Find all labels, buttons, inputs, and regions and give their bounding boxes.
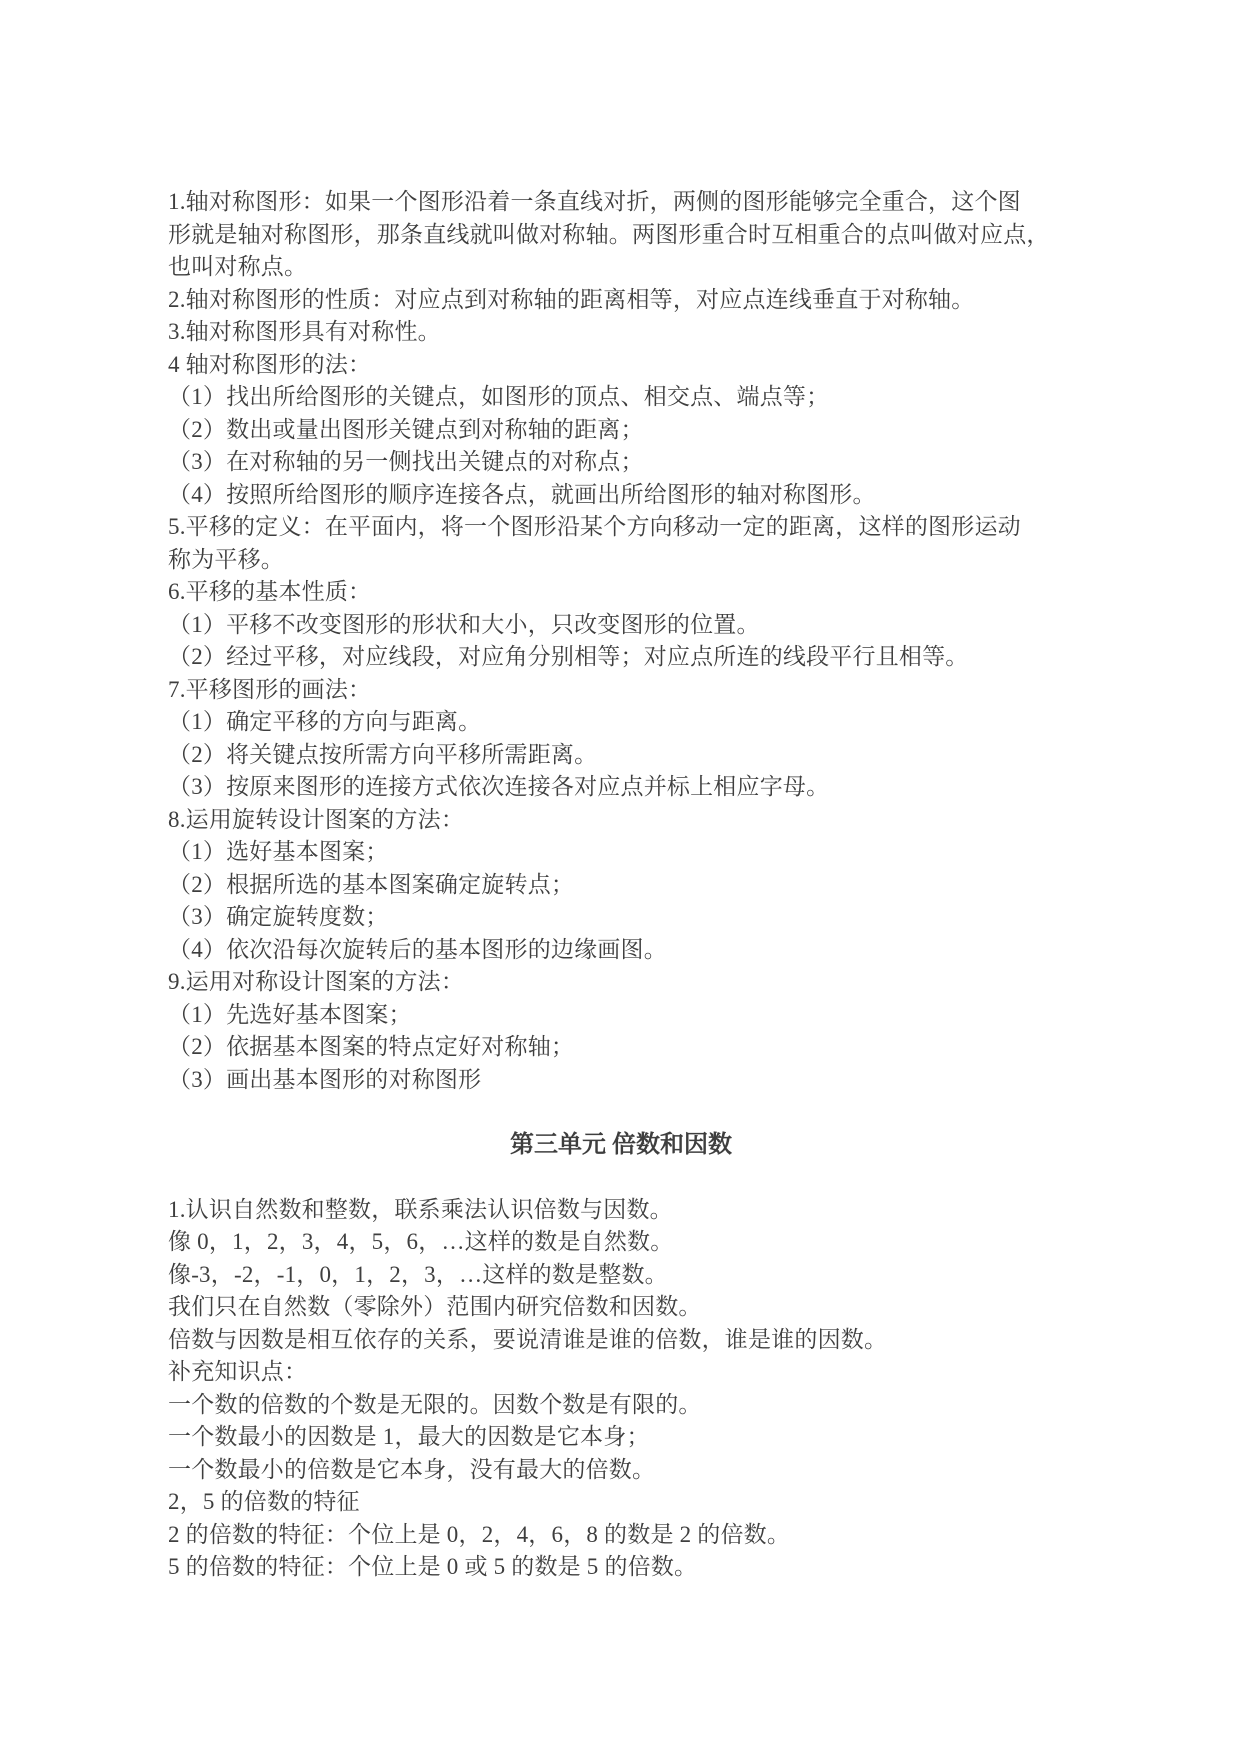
text-line: 倍数与因数是相互依存的关系，要说清谁是谁的倍数，谁是谁的因数。 xyxy=(168,1324,1074,1357)
text-line: （3）画出基本图形的对称图形 xyxy=(168,1064,1074,1097)
unit3-heading: 第三单元 倍数和因数 xyxy=(168,1129,1074,1162)
section-multiples-factors-notes: 1.认识自然数和整数，联系乘法认识倍数与因数。像 0，1，2，3，4，5，6，…… xyxy=(168,1194,1074,1584)
text-line: （4）按照所给图形的顺序连接各点，就画出所给图形的轴对称图形。 xyxy=(168,479,1074,512)
text-line: 补充知识点： xyxy=(168,1356,1074,1389)
text-line: 一个数的倍数的个数是无限的。因数个数是有限的。 xyxy=(168,1389,1074,1422)
text-line: 形就是轴对称图形，那条直线就叫做对称轴。两图形重合时互相重合的点叫做对应点， xyxy=(168,219,1074,252)
text-line: （2）根据所选的基本图案确定旋转点； xyxy=(168,869,1074,902)
text-line: 1.认识自然数和整数，联系乘法认识倍数与因数。 xyxy=(168,1194,1074,1227)
document-page: 1.轴对称图形：如果一个图形沿着一条直线对折，两侧的图形能够完全重合，这个图形就… xyxy=(0,0,1241,1754)
text-line: 5.平移的定义：在平面内，将一个图形沿某个方向移动一定的距离，这样的图形运动 xyxy=(168,511,1074,544)
text-line: 也叫对称点。 xyxy=(168,251,1074,284)
text-line: 3.轴对称图形具有对称性。 xyxy=(168,316,1074,349)
text-line: 像-3，-2，-1，0，1，2，3，…这样的数是整数。 xyxy=(168,1259,1074,1292)
text-line: 1.轴对称图形：如果一个图形沿着一条直线对折，两侧的图形能够完全重合，这个图 xyxy=(168,186,1074,219)
text-line: （4）依次沿每次旋转后的基本图形的边缘画图。 xyxy=(168,934,1074,967)
text-line: 9.运用对称设计图案的方法： xyxy=(168,966,1074,999)
text-line: 称为平移。 xyxy=(168,544,1074,577)
text-line: 7.平移图形的画法： xyxy=(168,674,1074,707)
section-symmetry-translation-notes: 1.轴对称图形：如果一个图形沿着一条直线对折，两侧的图形能够完全重合，这个图形就… xyxy=(168,186,1074,1096)
text-line: （3）按原来图形的连接方式依次连接各对应点并标上相应字母。 xyxy=(168,771,1074,804)
text-line: （2）依据基本图案的特点定好对称轴； xyxy=(168,1031,1074,1064)
text-line: （1）找出所给图形的关键点，如图形的顶点、相交点、端点等； xyxy=(168,381,1074,414)
text-line: 一个数最小的倍数是它本身，没有最大的倍数。 xyxy=(168,1454,1074,1487)
text-line: 像 0，1，2，3，4，5，6，…这样的数是自然数。 xyxy=(168,1226,1074,1259)
text-line: （3）在对称轴的另一侧找出关键点的对称点； xyxy=(168,446,1074,479)
text-line: （2）将关键点按所需方向平移所需距离。 xyxy=(168,739,1074,772)
text-line: （3）确定旋转度数； xyxy=(168,901,1074,934)
text-line: 2，5 的倍数的特征 xyxy=(168,1486,1074,1519)
text-line: （2）数出或量出图形关键点到对称轴的距离； xyxy=(168,414,1074,447)
text-line: （1）选好基本图案； xyxy=(168,836,1074,869)
text-line: （1）确定平移的方向与距离。 xyxy=(168,706,1074,739)
text-line: （1）平移不改变图形的形状和大小，只改变图形的位置。 xyxy=(168,609,1074,642)
text-line: 5 的倍数的特征：个位上是 0 或 5 的数是 5 的倍数。 xyxy=(168,1551,1074,1584)
text-line: 我们只在自然数（零除外）范围内研究倍数和因数。 xyxy=(168,1291,1074,1324)
text-line: （1）先选好基本图案； xyxy=(168,999,1074,1032)
text-line: 8.运用旋转设计图案的方法： xyxy=(168,804,1074,837)
document-content: 1.轴对称图形：如果一个图形沿着一条直线对折，两侧的图形能够完全重合，这个图形就… xyxy=(168,186,1074,1584)
text-line: 一个数最小的因数是 1，最大的因数是它本身； xyxy=(168,1421,1074,1454)
text-line: 2.轴对称图形的性质：对应点到对称轴的距离相等，对应点连线垂直于对称轴。 xyxy=(168,284,1074,317)
text-line: 4 轴对称图形的法： xyxy=(168,349,1074,382)
text-line: 6.平移的基本性质： xyxy=(168,576,1074,609)
text-line: （2）经过平移，对应线段，对应角分别相等；对应点所连的线段平行且相等。 xyxy=(168,641,1074,674)
text-line: 2 的倍数的特征：个位上是 0，2，4，6，8 的数是 2 的倍数。 xyxy=(168,1519,1074,1552)
